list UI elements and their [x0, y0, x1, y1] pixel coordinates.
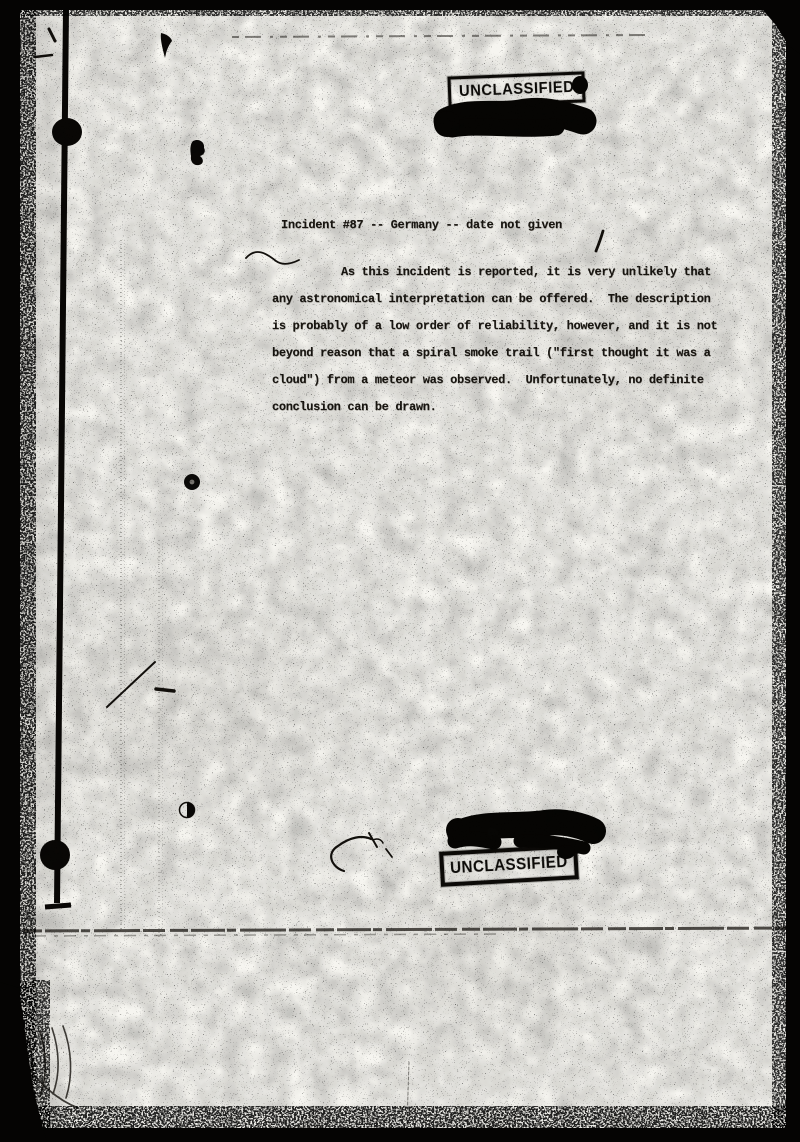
corner-blob-bottom-left — [0, 982, 47, 1142]
corner-blob-top-right — [753, 0, 800, 54]
scanned-document-page: Incident #87 -- Germany -- date not give… — [0, 0, 800, 1142]
scan-border-corners — [0, 0, 800, 1142]
